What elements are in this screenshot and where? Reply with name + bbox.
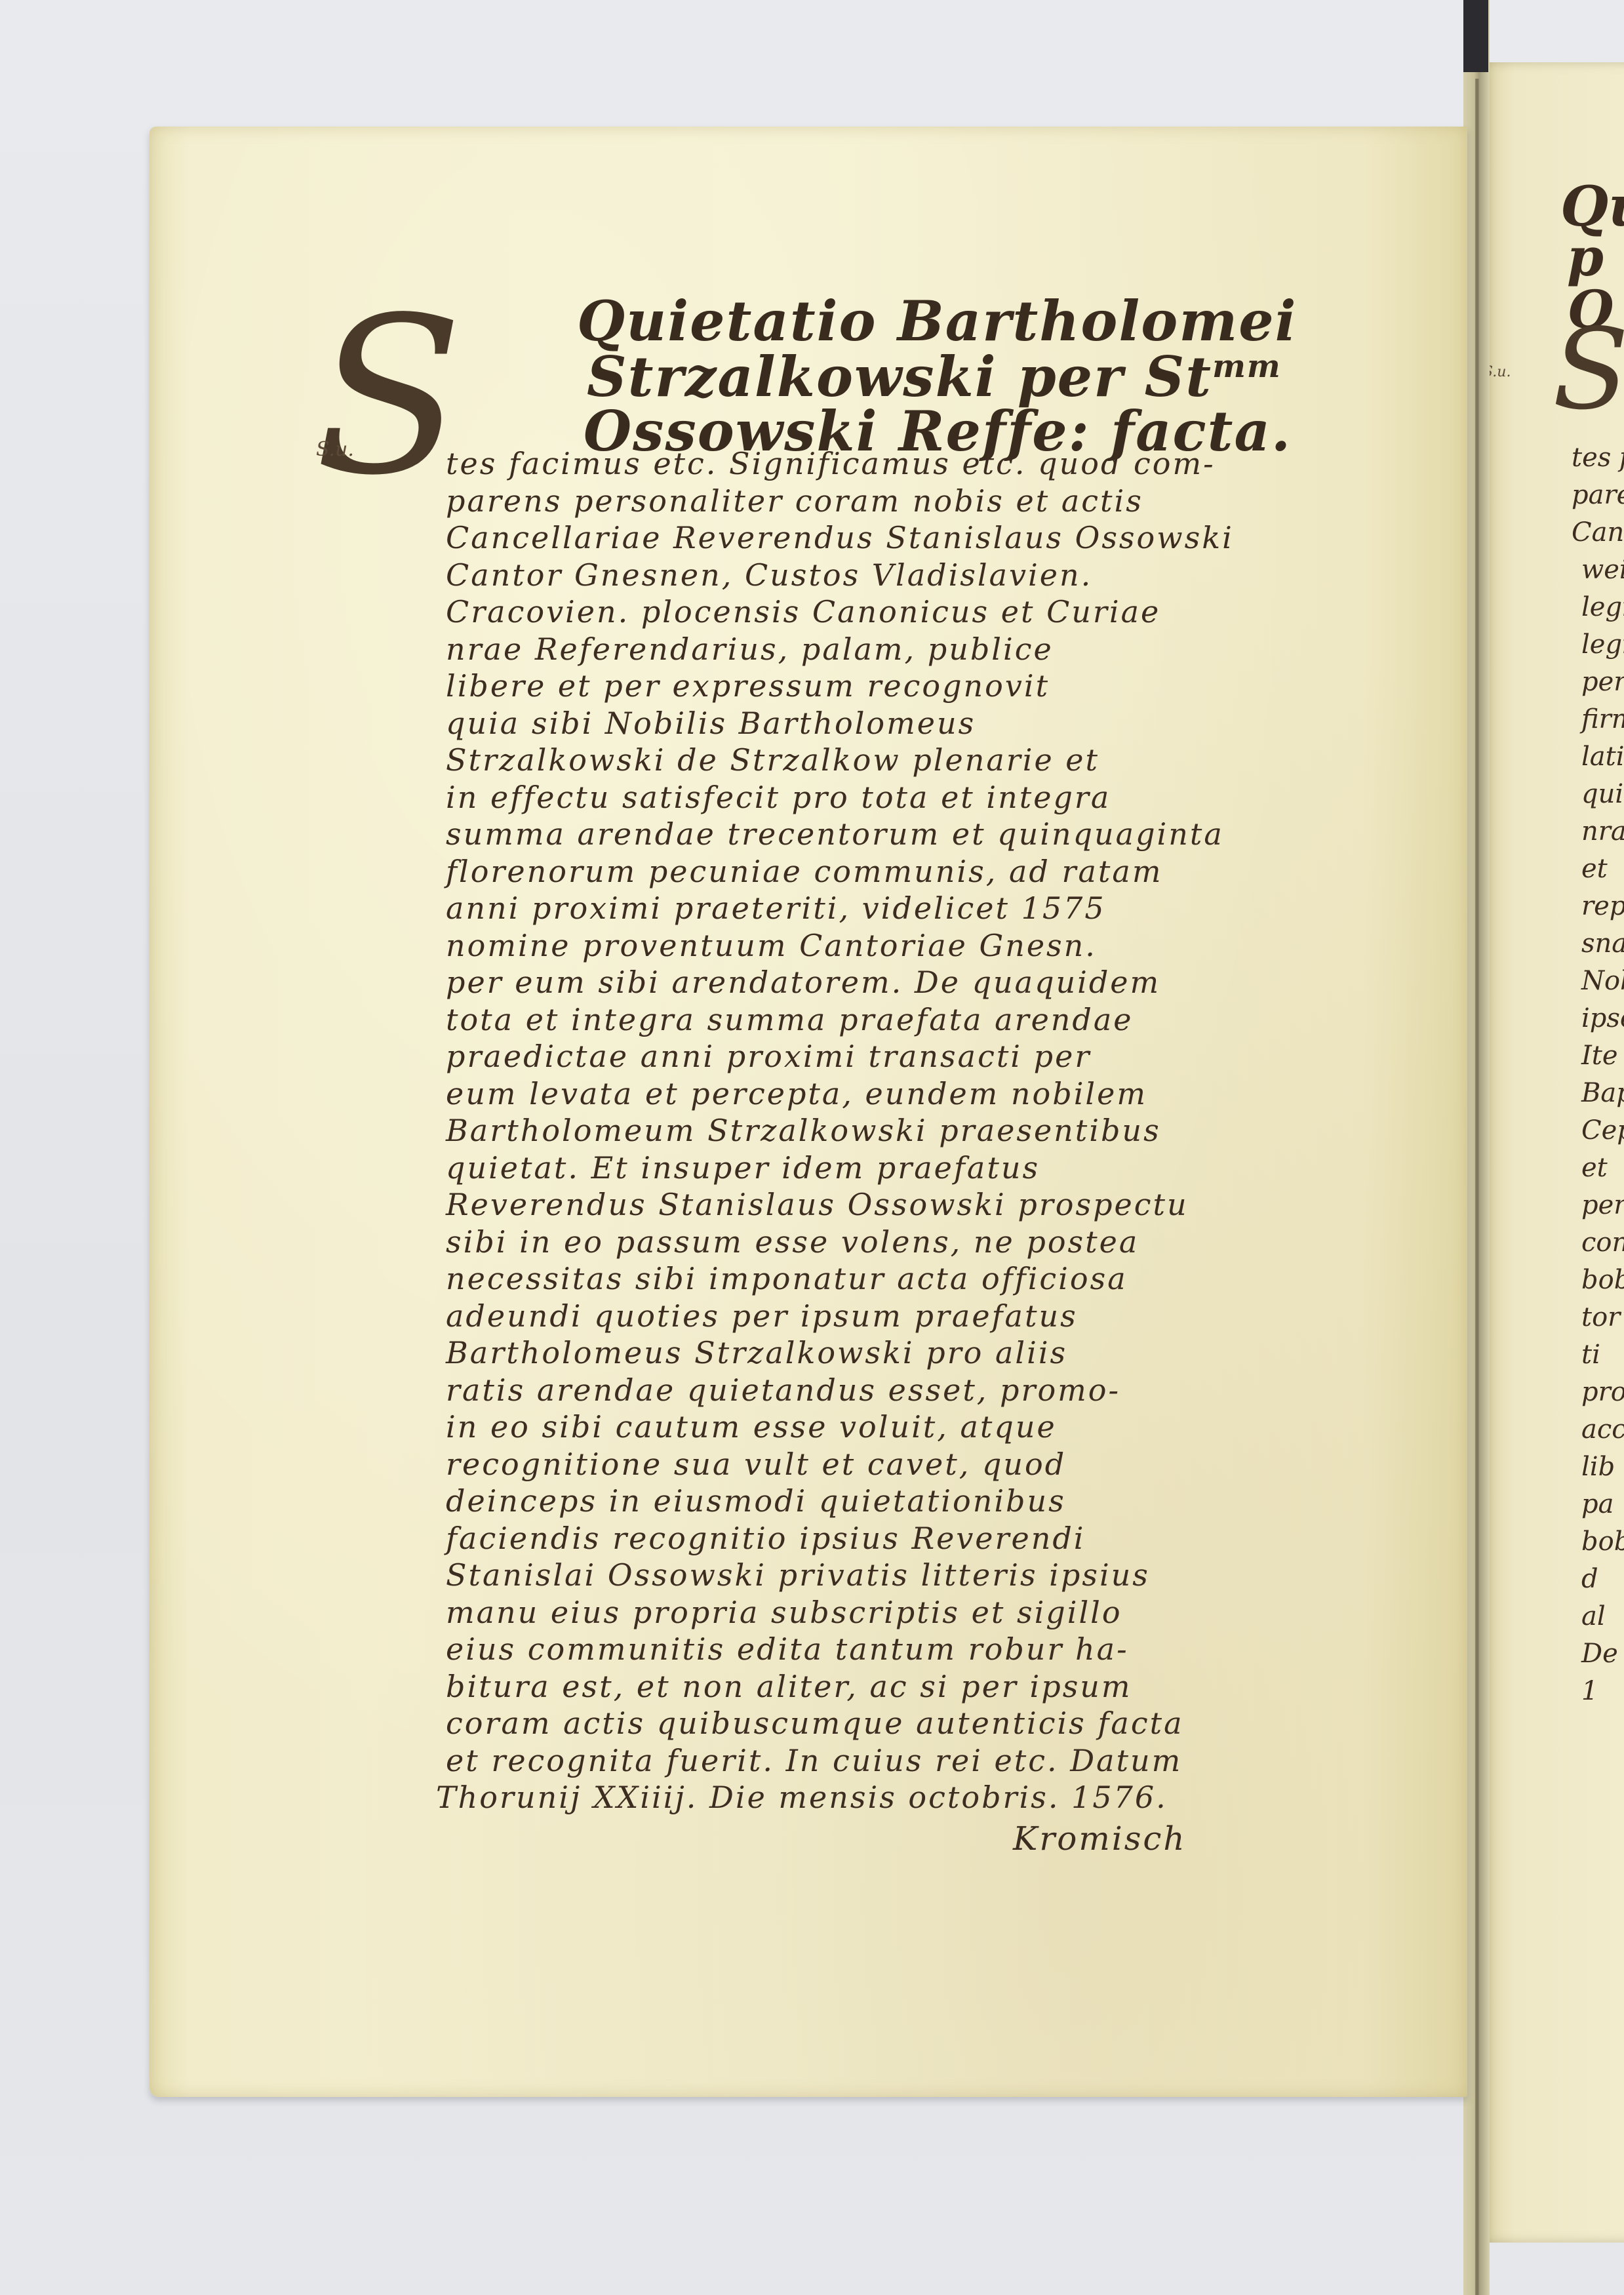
right-page-line-fragment: per <box>1581 1190 1624 1220</box>
right-page-line-fragment: Nob <box>1581 966 1624 996</box>
right-page-line-fragment: d <box>1581 1564 1598 1594</box>
right-page-line-fragment: pern <box>1581 667 1624 697</box>
manuscript-line: per eum sibi arendatorem. De quaquidem <box>446 965 1160 1000</box>
manuscript-line: Stanislai Ossowski privatis litteris ips… <box>446 1557 1150 1593</box>
manuscript-line: manu eius propria subscriptis et sigillo <box>446 1595 1122 1630</box>
right-page-line-fragment: Cep <box>1581 1115 1624 1146</box>
right-page-fragment: Qu p O S S.u. tes fparensCanweiglegitleg… <box>1483 62 1624 2243</box>
signature: Kromisch <box>1013 1820 1187 1858</box>
manuscript-line: Strzalkowski de Strzalkow plenarie et <box>446 742 1099 778</box>
right-page-line-fragment: De <box>1581 1639 1618 1669</box>
manuscript-line: praedictae anni proximi transacti per <box>446 1039 1091 1074</box>
manuscript-line: Bartholomeus Strzalkowski pro aliis <box>446 1335 1067 1370</box>
decorative-initial: S <box>315 289 463 505</box>
manuscript-line: faciendis recognitio ipsius Reverendi <box>446 1521 1086 1556</box>
right-page-line-fragment: al <box>1581 1601 1606 1631</box>
manuscript-line: ratis arendae quietandus esset, promo- <box>446 1372 1120 1408</box>
right-page-line-fragment: latin <box>1581 742 1624 772</box>
manuscript-line: Thorunij XXiiij. Die mensis octobris. 15… <box>436 1780 1168 1815</box>
manuscript-line: coram actis quibuscumque autenticis fact… <box>446 1706 1184 1741</box>
manuscript-line: Cracovien. plocensis Canonicus et Curiae <box>446 594 1160 629</box>
right-page-line-fragment: weig <box>1581 555 1624 585</box>
manuscript-line: parens personaliter coram nobis et actis <box>446 483 1143 519</box>
right-page-line-fragment: Ite <box>1581 1041 1618 1071</box>
right-page-line-fragment: quib <box>1581 779 1624 809</box>
manuscript-line: necessitas sibi imponatur acta officiosa <box>446 1261 1128 1296</box>
right-page-line-fragment: ti <box>1581 1340 1600 1370</box>
right-page-line-fragment: firm <box>1581 704 1624 734</box>
right-page-line-fragment: bob <box>1581 1265 1624 1295</box>
spine-fold <box>1475 79 1479 2295</box>
manuscript-line: adeundi quoties per ipsum praefatus <box>446 1298 1078 1334</box>
manuscript-line: recognitione sua vult et cavet, quod <box>446 1447 1066 1482</box>
manuscript-line: sibi in eo passum esse volens, ne postea <box>446 1224 1139 1260</box>
manuscript-line: quia sibi Nobilis Bartholomeus <box>446 706 976 741</box>
right-page-line-fragment: ipse <box>1581 1003 1624 1033</box>
right-page-line-fragment: nra <box>1581 816 1624 847</box>
manuscript-line: deinceps in eiusmodi quietationibus <box>446 1483 1066 1519</box>
right-page-line-fragment: tes f <box>1572 443 1624 473</box>
right-page-line-fragment: 1 <box>1581 1676 1598 1706</box>
right-page-line-fragment: legit <box>1581 629 1624 660</box>
manuscript-line: nrae Referendarius, palam, publice <box>446 631 1054 667</box>
right-page-line-fragment: tor <box>1581 1302 1620 1332</box>
manuscript-line: Bartholomeum Strzalkowski praesentibus <box>446 1113 1161 1148</box>
heading-superscript: mm <box>1212 348 1282 385</box>
manuscript-line: quietat. Et insuper idem praefatus <box>446 1150 1040 1186</box>
right-page-line-fragment: rep <box>1581 891 1624 921</box>
manuscript-line: in eo sibi cautum esse voluit, atque <box>446 1409 1057 1445</box>
right-page-line-fragment: pa <box>1581 1489 1614 1519</box>
manuscript-line: Reverendus Stanislaus Ossowski prospectu <box>446 1187 1189 1222</box>
right-page-line-fragment: con <box>1581 1227 1624 1258</box>
manuscript-line: tes facimus etc. Significamus etc. quod … <box>446 446 1216 481</box>
right-page-line-fragment: acc <box>1581 1414 1624 1445</box>
manuscript-line: florenorum pecuniae communis, ad ratam <box>446 854 1162 889</box>
right-page-line-fragment: Can <box>1572 517 1624 548</box>
manuscript-line: eum levata et percepta, eundem nobilem <box>446 1076 1147 1111</box>
manuscript-line: tota et integra summa praefata arendae <box>446 1002 1134 1037</box>
margin-note: S.u. <box>316 438 354 461</box>
right-page-line-fragment: parens <box>1572 480 1624 510</box>
manuscript-line: anni proximi praeteriti, videlicet 1575 <box>446 890 1106 926</box>
manuscript-line: libere et per expressum recognovit <box>446 668 1050 704</box>
right-page-line-fragment: et <box>1581 854 1608 884</box>
manuscript-line: Cantor Gnesnen, Custos Vladislavien. <box>446 557 1092 593</box>
manuscript-line: in effectu satisfecit pro tota et integr… <box>446 780 1111 815</box>
manuscript-line: et recognita fuerit. In cuius rei etc. D… <box>446 1743 1182 1778</box>
binding-strap <box>1463 0 1488 72</box>
right-margin-initial: S <box>1553 305 1624 435</box>
right-page-line-fragment: et <box>1581 1153 1608 1183</box>
right-page-line-fragment: legit <box>1581 592 1624 622</box>
right-page-line-fragment: Bap <box>1581 1078 1624 1108</box>
right-page-line-fragment: sna <box>1581 928 1624 959</box>
manuscript-line: summa arendae trecentorum et quinquagint… <box>446 816 1224 852</box>
manuscript-line: nomine proventuum Cantoriae Gnesn. <box>446 928 1097 963</box>
right-page-line-fragment: bob <box>1581 1527 1624 1557</box>
right-page-line-fragment: pro <box>1581 1377 1624 1407</box>
right-page-line-fragment: lib <box>1581 1452 1615 1482</box>
manuscript-line: eius communitis edita tantum robur ha- <box>446 1631 1129 1667</box>
manuscript-line: Cancellariae Reverendus Stanislaus Ossow… <box>446 520 1234 555</box>
manuscript-line: bitura est, et non aliter, ac si per ips… <box>446 1669 1132 1704</box>
